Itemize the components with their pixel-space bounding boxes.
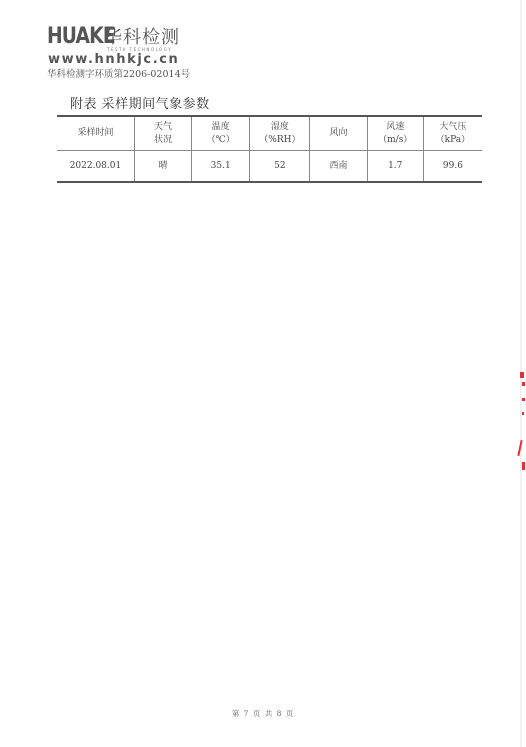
cell-pressure: 99.6 — [424, 151, 482, 181]
column-header-wind-speed: 风速 （m/s） — [368, 117, 424, 150]
column-header-wind-direction: 风向 — [310, 117, 367, 150]
seal-stamp-fragment — [516, 372, 526, 482]
column-header-pressure: 大气压 （kPa） — [424, 117, 482, 150]
cell-temperature: 35.1 — [192, 151, 250, 181]
column-header-sampling-time: 采样时间 — [57, 117, 135, 150]
cell-humidity: 52 — [250, 151, 310, 181]
section-title: 附表 采样期间气象参数 — [70, 93, 210, 112]
cell-sampling-time: 2022.08.01 — [57, 151, 135, 181]
weather-parameters-table: 采样时间 天气 状况 温度 （℃） 湿度 （%RH） 风向 风速 （m/s） 大… — [57, 115, 482, 183]
page-number: 第 7 页 共 8 页 — [0, 708, 526, 719]
cell-wind-direction: 西南 — [310, 151, 367, 181]
column-header-temperature: 温度 （℃） — [192, 117, 250, 150]
cell-weather: 晴 — [135, 151, 192, 181]
table-header-row: 采样时间 天气 状况 温度 （℃） 湿度 （%RH） 风向 风速 （m/s） 大… — [57, 117, 482, 151]
company-website: www.hnhkjc.cn — [48, 52, 179, 67]
cell-wind-speed: 1.7 — [368, 151, 424, 181]
logo-chinese-name: 华科检测 — [104, 28, 180, 48]
report-number: 华科检测字环质第2206-02014号 — [47, 66, 190, 80]
table-row: 2022.08.01 晴 35.1 52 西南 1.7 99.6 — [57, 151, 482, 181]
column-header-humidity: 湿度 （%RH） — [250, 117, 310, 150]
column-header-weather: 天气 状况 — [135, 117, 192, 150]
